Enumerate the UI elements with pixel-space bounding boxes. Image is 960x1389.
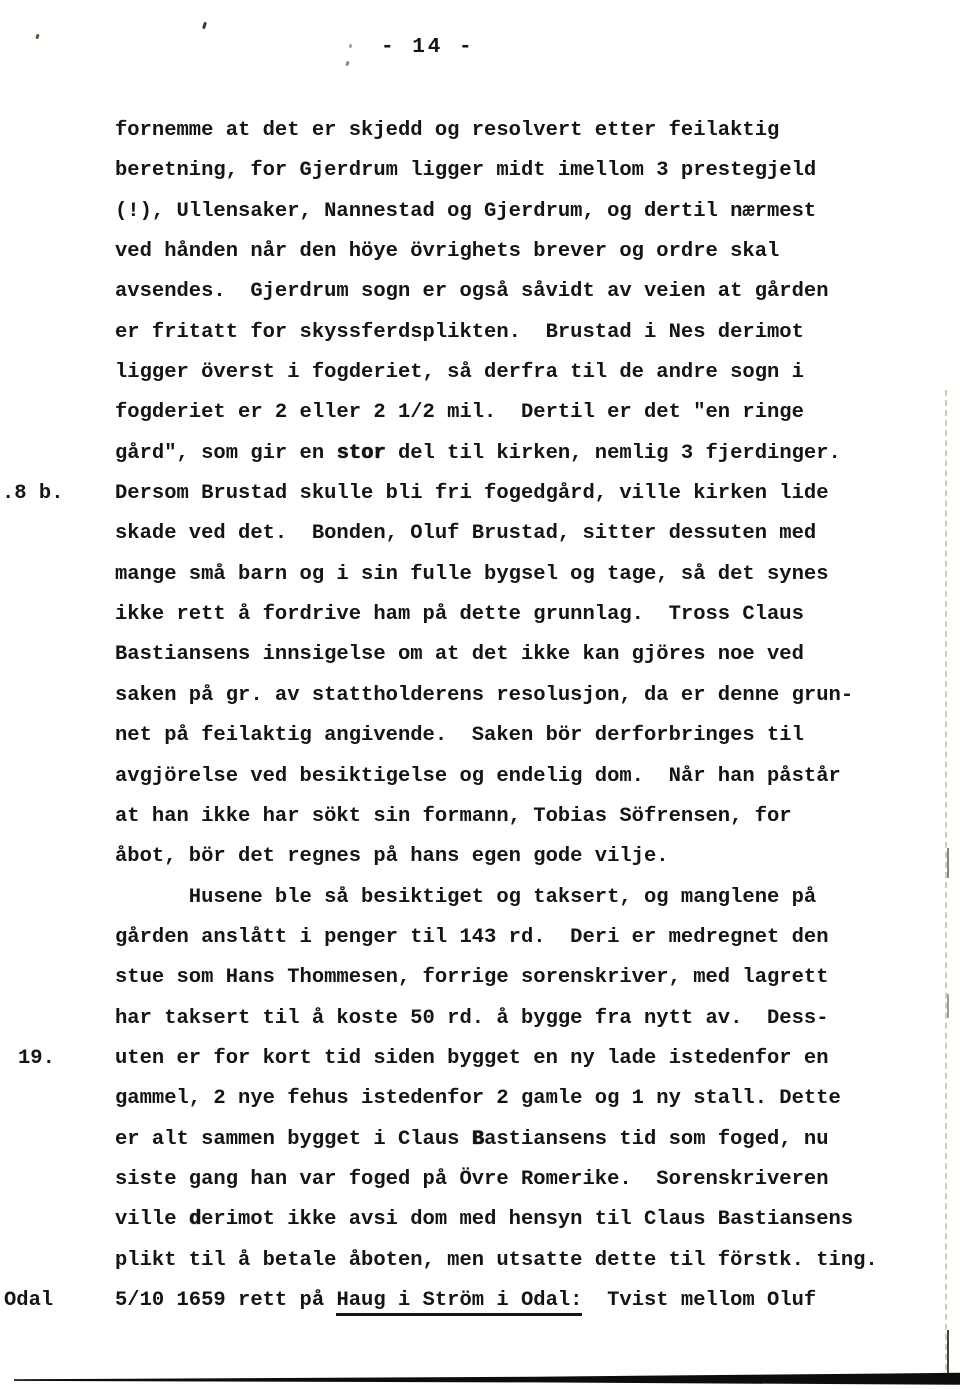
- text-line: gården anslått i penger til 143 rd. Deri…: [0, 918, 960, 958]
- line-text: fornemme at det er skjedd og resolvert e…: [115, 111, 779, 151]
- scan-speck: [345, 61, 349, 67]
- margin-label: 19.: [18, 1039, 55, 1079]
- text-line: stue som Hans Thommesen, forrige sorensk…: [0, 958, 960, 998]
- text-line: skade ved det. Bonden, Oluf Brustad, sit…: [0, 514, 960, 554]
- text-line: ved hånden når den höye övrighets brever…: [0, 232, 960, 272]
- line-text: Bastiansens innsigelse om at det ikke ka…: [115, 635, 804, 675]
- line-text: siste gang han var foged på Övre Romerik…: [115, 1160, 829, 1200]
- line-text: ikke rett å fordrive ham på dette grunnl…: [115, 595, 804, 635]
- text-line: siste gang han var foged på Övre Romerik…: [0, 1160, 960, 1200]
- text-line: ligger överst i fogderiet, så derfra til…: [0, 353, 960, 393]
- line-text: uten er for kort tid siden bygget en ny …: [115, 1039, 829, 1079]
- line-text: stue som Hans Thommesen, forrige sorensk…: [115, 958, 829, 998]
- line-text: ved hånden når den höye övrighets brever…: [115, 232, 779, 272]
- text-line: (!), Ullensaker, Nannestad og Gjerdrum, …: [0, 192, 960, 232]
- scan-speck: [35, 34, 39, 40]
- text-line: er alt sammen bygget i Claus Bastiansens…: [0, 1120, 960, 1160]
- line-text: (!), Ullensaker, Nannestad og Gjerdrum, …: [115, 192, 816, 232]
- text-line: gård", som gir en stor del til kirken, n…: [0, 434, 960, 474]
- line-text: gård", som gir en stor del til kirken, n…: [115, 434, 841, 474]
- line-text: at han ikke har sökt sin formann, Tobias…: [115, 797, 792, 837]
- text-line: Odal5/10 1659 rett på Haug i Ström i Oda…: [0, 1281, 960, 1321]
- text-line: net på feilaktig angivende. Saken bör de…: [0, 716, 960, 756]
- line-text: saken på gr. av stattholderens resolusjo…: [115, 676, 853, 716]
- text-line: plikt til å betale åboten, men utsatte d…: [0, 1241, 960, 1281]
- line-text: mange små barn og i sin fulle bygsel og …: [115, 555, 829, 595]
- text-line: Husene ble så besiktiget og taksert, og …: [0, 878, 960, 918]
- line-text: gården anslått i penger til 143 rd. Deri…: [115, 918, 829, 958]
- line-text: er alt sammen bygget i Claus Bastiansens…: [115, 1120, 829, 1160]
- line-text: har taksert til å koste 50 rd. å bygge f…: [115, 999, 829, 1039]
- line-text: 5/10 1659 rett på Haug i Ström i Odal: T…: [115, 1281, 816, 1321]
- line-text: åbot, bör det regnes på hans egen gode v…: [115, 837, 669, 877]
- margin-label: Odal: [4, 1281, 53, 1321]
- line-text: avgjörelse ved besiktigelse og endelig d…: [115, 757, 841, 797]
- text-line: ville derimot ikke avsi dom med hensyn t…: [0, 1200, 960, 1240]
- text-lines: fornemme at det er skjedd og resolvert e…: [0, 111, 960, 1321]
- text-line: beretning, for Gjerdrum ligger midt imel…: [0, 151, 960, 191]
- scan-speck: [202, 22, 207, 30]
- page-number: - 14 -: [381, 36, 475, 59]
- line-text: ligger överst i fogderiet, så derfra til…: [115, 353, 804, 393]
- text-line: avsendes. Gjerdrum sogn er også såvidt a…: [0, 272, 960, 312]
- text-line: 19.uten er for kort tid siden bygget en …: [0, 1039, 960, 1079]
- line-text: ville derimot ikke avsi dom med hensyn t…: [115, 1200, 853, 1240]
- line-text: fogderiet er 2 eller 2 1/2 mil. Dertil e…: [115, 393, 804, 433]
- text-line: åbot, bör det regnes på hans egen gode v…: [0, 837, 960, 877]
- margin-label: .8 b.: [2, 474, 64, 514]
- scan-speck: [348, 44, 352, 49]
- line-text: Husene ble så besiktiget og taksert, og …: [115, 878, 816, 918]
- text-line: saken på gr. av stattholderens resolusjo…: [0, 676, 960, 716]
- text-line: gammel, 2 nye fehus istedenfor 2 gamle o…: [0, 1079, 960, 1119]
- text-line: ikke rett å fordrive ham på dette grunnl…: [0, 595, 960, 635]
- text-line: har taksert til å koste 50 rd. å bygge f…: [0, 999, 960, 1039]
- document-page: - 14 - fornemme at det er skjedd og reso…: [0, 0, 960, 1389]
- line-text: Dersom Brustad skulle bli fri fogedgård,…: [115, 474, 829, 514]
- right-margin-scan-tick: [947, 994, 949, 1018]
- bottom-scan-line: [14, 1371, 960, 1386]
- text-line: avgjörelse ved besiktigelse og endelig d…: [0, 757, 960, 797]
- right-margin-scan-dashes: [945, 390, 947, 1380]
- right-margin-scan-tick: [947, 848, 949, 878]
- line-text: plikt til å betale åboten, men utsatte d…: [115, 1241, 878, 1281]
- text-line: at han ikke har sökt sin formann, Tobias…: [0, 797, 960, 837]
- line-text: gammel, 2 nye fehus istedenfor 2 gamle o…: [115, 1079, 841, 1119]
- text-line: fornemme at det er skjedd og resolvert e…: [0, 111, 960, 151]
- text-line: Bastiansens innsigelse om at det ikke ka…: [0, 635, 960, 675]
- text-line: mange små barn og i sin fulle bygsel og …: [0, 555, 960, 595]
- text-line: fogderiet er 2 eller 2 1/2 mil. Dertil e…: [0, 393, 960, 433]
- text-line: .8 b.Dersom Brustad skulle bli fri foged…: [0, 474, 960, 514]
- text-line: er fritatt for skyssferdsplikten. Brusta…: [0, 313, 960, 353]
- line-text: skade ved det. Bonden, Oluf Brustad, sit…: [115, 514, 816, 554]
- line-text: beretning, for Gjerdrum ligger midt imel…: [115, 151, 816, 191]
- line-text: avsendes. Gjerdrum sogn er også såvidt a…: [115, 272, 829, 312]
- line-text: er fritatt for skyssferdsplikten. Brusta…: [115, 313, 804, 353]
- line-text: net på feilaktig angivende. Saken bör de…: [115, 716, 804, 756]
